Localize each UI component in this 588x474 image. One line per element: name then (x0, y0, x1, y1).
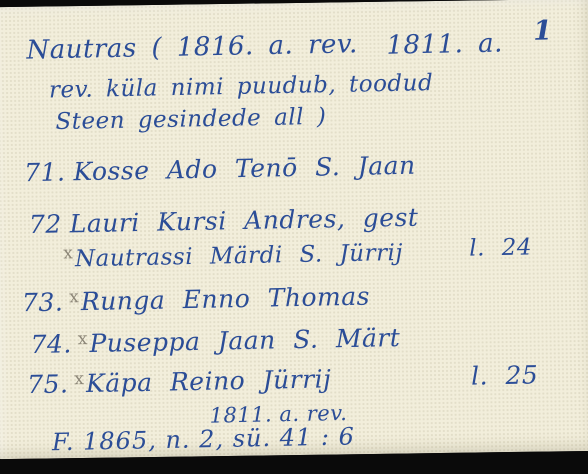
pencil-x-mark: x (78, 329, 88, 349)
sheet-reference: l. 24 (469, 234, 532, 261)
entry-row: 75.xKäpa Reino Jürrij l. 25 (0, 359, 588, 400)
note-line-1: rev. küla nimi puudub, toodud (49, 70, 434, 103)
entry-name: Kosse Ado Tenō S. Jaan (73, 151, 416, 187)
page-number: 1 (533, 15, 553, 46)
entry-number: 72 (29, 209, 62, 239)
pencil-x-mark: x (69, 287, 79, 307)
sheet-reference: l. 25 (471, 360, 539, 390)
title-second-revision-year: 1811. a. (386, 28, 503, 60)
entry-number: 75. (27, 369, 69, 399)
pencil-x-mark: x (63, 243, 73, 263)
entry-row: 74.xPuseppa Jaan S. Märt (0, 319, 588, 360)
index-card-paper: 1 Nautras ( 1816. a. rev. 1811. a. rev. … (0, 0, 588, 459)
entry-name: Lauri Kursi Andres, gest (69, 203, 418, 239)
entry-name: Nautrassi Märdi S. Jürrij (75, 240, 404, 272)
entry-row: 71.Kosse Ado Tenō S. Jaan (0, 147, 588, 188)
entry-name: Puseppa Jaan S. Märt (89, 323, 400, 358)
entry-row: 72Lauri Kursi Andres, gest (0, 199, 588, 240)
entry-number: 71. (24, 157, 66, 187)
title-place-and-revision: Nautras ( 1816. a. rev. (26, 29, 358, 65)
pencil-x-mark: x (74, 369, 84, 389)
entry-number: 74. (30, 329, 72, 359)
note-line-2: Steen gesindede all ) (55, 104, 326, 135)
entry-row: xNautrassi Märdi S. Jürrij l. 24 (0, 233, 588, 274)
entry-name: Käpa Reino Jürrij (86, 364, 332, 398)
entry-row: 73.xRunga Enno Thomas (0, 277, 588, 318)
scanned-archive-card: 1 Nautras ( 1816. a. rev. 1811. a. rev. … (0, 0, 588, 474)
entry-number: 73. (22, 287, 64, 317)
card-title-line: Nautras ( 1816. a. rev. 1811. a. (26, 29, 358, 65)
entry-name: Runga Enno Thomas (81, 282, 371, 317)
archive-reference: F. 1865, n. 2, sü. 41 : 6 (52, 422, 355, 456)
